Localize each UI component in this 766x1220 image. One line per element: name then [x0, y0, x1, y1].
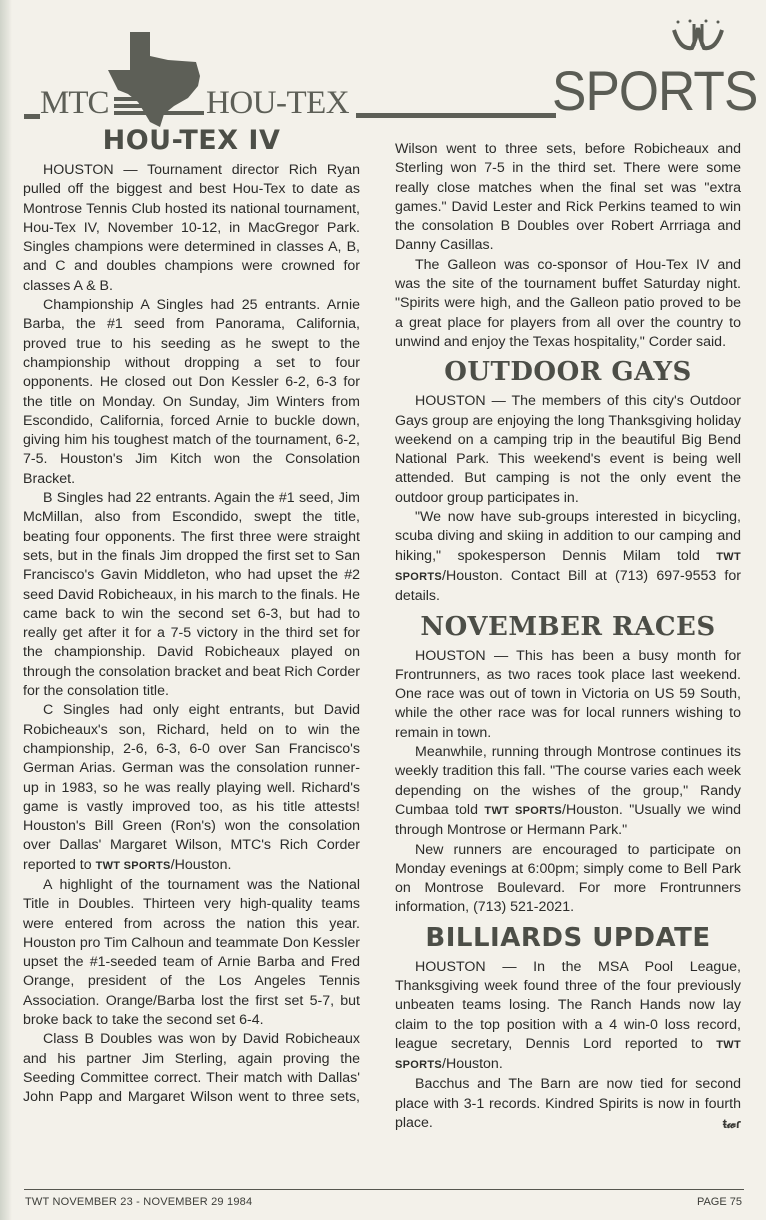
- paragraph: C Singles had only eight entrants, but D…: [23, 701, 360, 876]
- paragraph: HOUSTON — In the MSA Pool League, Thanks…: [395, 958, 741, 1076]
- houtex-label: HOU-TEX: [206, 85, 349, 122]
- paragraph-text: Bacchus and The Barn are now tied for se…: [395, 1076, 741, 1131]
- paragraph-text: HOUSTON — In the MSA Pool League, Thanks…: [395, 959, 741, 1052]
- paragraph: A highlight of the tournament was the Na…: [23, 876, 360, 1030]
- paragraph: New runners are encouraged to participat…: [395, 841, 741, 918]
- paragraph: Bacchus and The Barn are now tied for se…: [395, 1075, 741, 1133]
- headline-houtex-iv: HOU-TEX IV: [23, 123, 360, 159]
- paragraph: B Singles had 22 entrants. Again the #1 …: [23, 489, 360, 701]
- paragraph-continued: Wilson went to three sets, before Robich…: [395, 140, 741, 256]
- city-suffix: /Houston.: [171, 857, 232, 873]
- publication-credit: TWT SPORTS: [484, 805, 562, 817]
- paragraph-text: /Houston. Contact Bill at (713) 697-9553…: [395, 568, 741, 604]
- paragraph: HOUSTON — Tournament director Rich Ryan …: [23, 161, 360, 296]
- section-title-sports: SPORTS: [552, 58, 757, 124]
- paragraph-text: C Singles had only eight entrants, but D…: [23, 702, 360, 872]
- footer-rule: [24, 1189, 744, 1190]
- paragraph: "We now have sub-groups interested in bi…: [395, 508, 741, 606]
- paragraph: HOUSTON — This has been a busy month for…: [395, 647, 741, 743]
- column-left: HOU-TEX IV HOUSTON — Tournament director…: [23, 123, 360, 1107]
- column-right: Wilson went to three sets, before Robich…: [395, 140, 741, 1133]
- paragraph: HOUSTON — The members of this city's Out…: [395, 392, 741, 508]
- paragraph-text: "We now have sub-groups interested in bi…: [395, 509, 741, 564]
- paragraph-text: /Houston.: [442, 1056, 503, 1072]
- paragraph: Championship A Singles had 25 entrants. …: [23, 296, 360, 489]
- paragraph: The Galleon was co-sponsor of Hou-Tex IV…: [395, 256, 741, 352]
- mtc-label: MTC: [40, 85, 109, 122]
- headline-november-races: NOVEMBER RACES: [395, 609, 741, 645]
- publication-credit: TWT SPORTS: [96, 860, 171, 872]
- footer-page-number: PAGE 75: [697, 1196, 742, 1208]
- logo-stripes: [114, 97, 204, 119]
- paragraph: Meanwhile, running through Montrose cont…: [395, 743, 741, 840]
- page-binding-edge: [0, 0, 12, 1220]
- end-mark-twt-icon: ŧ𝓌ɾ: [703, 1114, 741, 1133]
- masthead: MTC HOU-TEX SPORTS: [0, 0, 766, 125]
- paragraph: Class B Doubles was won by David Robiche…: [23, 1030, 360, 1107]
- headline-billiards-update: BILLIARDS UPDATE: [395, 920, 741, 956]
- footer-issue-dates: TWT NOVEMBER 23 - NOVEMBER 29 1984: [25, 1196, 252, 1208]
- headline-outdoor-gays: OUTDOOR GAYS: [395, 354, 741, 390]
- masthead-rule: [356, 113, 556, 118]
- twt-logo-icon: [670, 18, 726, 56]
- masthead-dash: [24, 114, 40, 119]
